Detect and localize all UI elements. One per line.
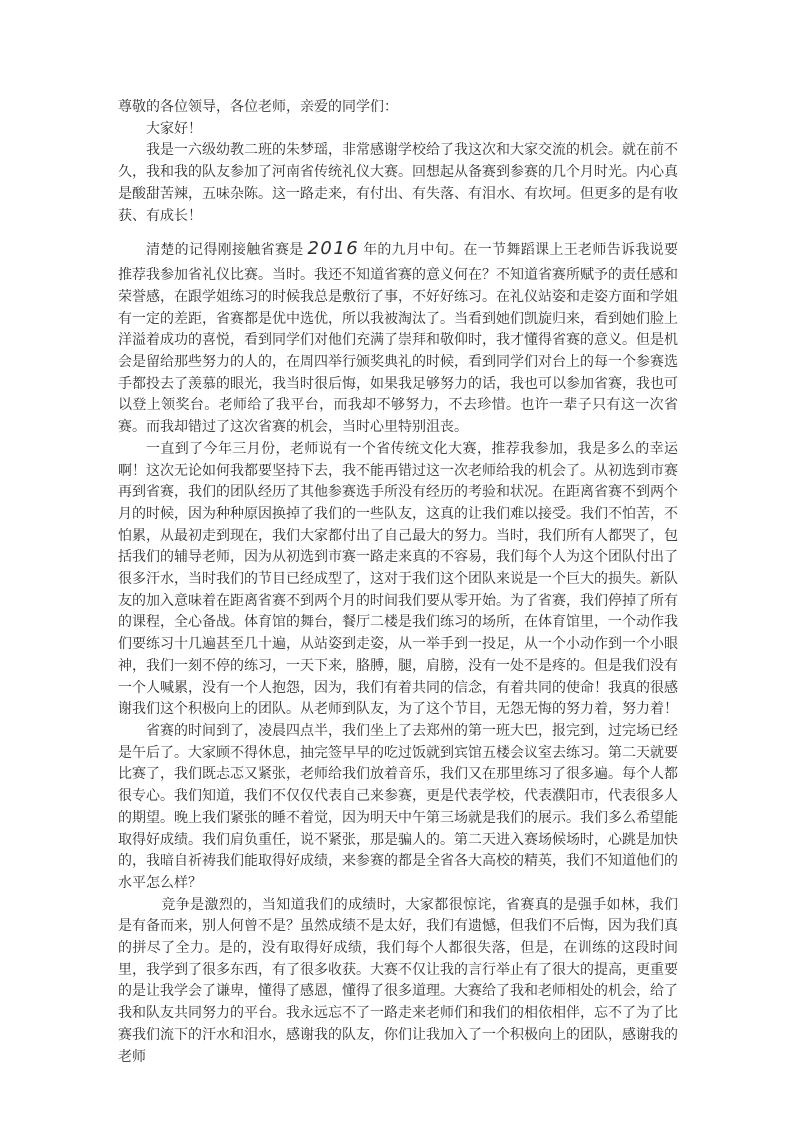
paragraph-competition-day: 省赛的时间到了，凌晨四点半，我们坐上了去郑州的第一班大巴，报完到，过完场已经是午… <box>118 721 678 895</box>
paragraph-recall-pre: 清楚的记得刚接触省赛是 <box>146 243 307 258</box>
paragraph-result: 竞争是激烈的，当知道我们的成绩时，大家都很惊诧，省赛真的是强手如林，我们是有备而… <box>118 895 678 1069</box>
paragraph-recall-post: 年的九月中旬。在一节舞蹈课上王老师告诉我说要推荐我参加省礼仪比赛。当时。我还不知… <box>118 243 678 435</box>
speech-greeting: 大家好！ <box>118 119 678 141</box>
speech-salutation: 尊敬的各位领导，各位老师，亲爱的同学们： <box>118 97 678 119</box>
document-page: 尊敬的各位领导，各位老师，亲爱的同学们： 大家好！ 我是一六级幼教二班的朱梦瑶，… <box>0 0 794 1123</box>
paragraph-recall: 清楚的记得刚接触省赛是 2016 年的九月中旬。在一节舞蹈课上王老师告诉我说要推… <box>118 232 678 439</box>
speech-text-body: 尊敬的各位领导，各位老师，亲爱的同学们： 大家好！ 我是一六级幼教二班的朱梦瑶，… <box>118 97 678 1068</box>
year-highlight: 2016 <box>307 238 359 259</box>
paragraph-march: 一直到了今年三月份，老师说有一个省传统文化大赛，推荐我参加，我是多么的幸运啊！这… <box>118 439 678 721</box>
paragraph-intro: 我是一六级幼教二班的朱梦瑶，非常感谢学校给了我这次和大家交流的机会。就在前不久，… <box>118 140 678 227</box>
